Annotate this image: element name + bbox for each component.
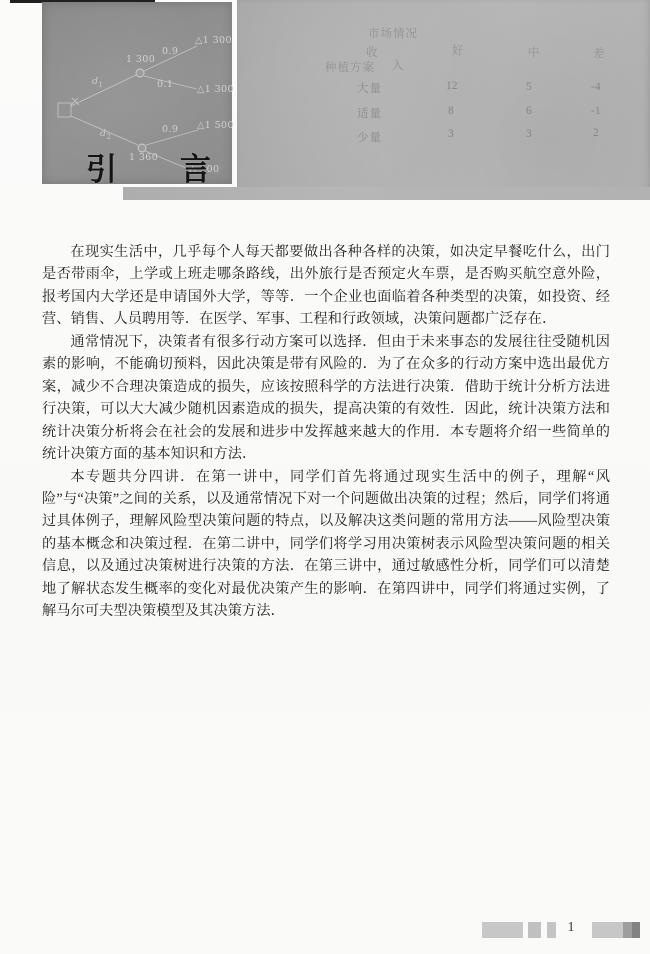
table-row-label: 大量: [357, 80, 382, 96]
table-cell: 12: [446, 80, 458, 92]
table-row-label: 少量: [357, 129, 382, 145]
footer-bar: [482, 922, 523, 938]
table-corner-income-top: 收: [366, 44, 379, 60]
payoff-leaf: △1 300: [197, 84, 234, 95]
probability-label: 0.9: [162, 124, 178, 135]
footer-bar: [547, 922, 556, 938]
page-number: 1: [563, 920, 579, 936]
chapter-title: 引 言: [86, 144, 227, 189]
chapter-opener-image: d1 d2 1 300 1 360 0.9 0.1 0.9 △1 300 △1 …: [42, 2, 232, 184]
footer-bar: [592, 922, 640, 938]
table-corner-market: 市场情况: [368, 25, 418, 41]
action-label-d1: d1: [92, 76, 103, 89]
table-cell: 3: [448, 128, 454, 140]
probability-label: 0.9: [162, 46, 178, 57]
page-footer: 1: [0, 920, 650, 940]
footer-bar: [528, 922, 541, 938]
decision-node-square: [58, 103, 71, 117]
table-cell: -1: [591, 105, 601, 117]
table-col-good: 好: [452, 42, 465, 58]
table-cell: 6: [526, 105, 532, 117]
action-label-d2: d2: [100, 128, 111, 141]
table-row-label: 适量: [357, 105, 382, 121]
table-col-medium: 中: [528, 44, 541, 60]
table-cell: -4: [591, 81, 601, 93]
paragraph-risk-and-methods: 通常情况下，决策者有很多行动方案可以选择．但由于未来事态的发展往往受随机因素的影…: [42, 331, 610, 466]
chance-node-upper: [136, 69, 144, 77]
payoff-leaf: △1 300: [195, 35, 232, 46]
probability-label: 0.1: [157, 79, 173, 90]
table-cell: 8: [448, 105, 454, 117]
table-cell: 5: [526, 81, 532, 93]
node-value-upper: 1 300: [126, 54, 155, 65]
table-corner-plan: 种植方案: [325, 59, 375, 75]
table-corner-income-bottom: 入: [392, 57, 405, 73]
payoff-leaf: △1 500: [197, 120, 234, 131]
paragraph-lecture-overview: 本专题共分四讲．在第一讲中，同学们首先将通过现实生活中的例子，理解“风险”与“决…: [42, 466, 610, 623]
table-cell: 3: [526, 128, 532, 140]
body-text: 在现实生活中，几乎每个人每天都要做出各种各样的决策，如决定早餐吃什么，出门是否带…: [42, 241, 610, 623]
paragraph-daily-decisions: 在现实生活中，几乎每个人每天都要做出各种各样的决策，如决定早餐吃什么，出门是否带…: [42, 241, 610, 331]
chapter-banner: 市场情况 收 入 种植方案 好 中 差 大量 12 5 -4 适量 8 6 -1…: [237, 0, 650, 200]
book-page: 市场情况 收 入 种植方案 好 中 差 大量 12 5 -4 适量 8 6 -1…: [0, 0, 650, 954]
table-cell: 2: [593, 127, 599, 139]
branch-d1: [71, 75, 136, 106]
table-col-poor: 差: [593, 45, 606, 61]
